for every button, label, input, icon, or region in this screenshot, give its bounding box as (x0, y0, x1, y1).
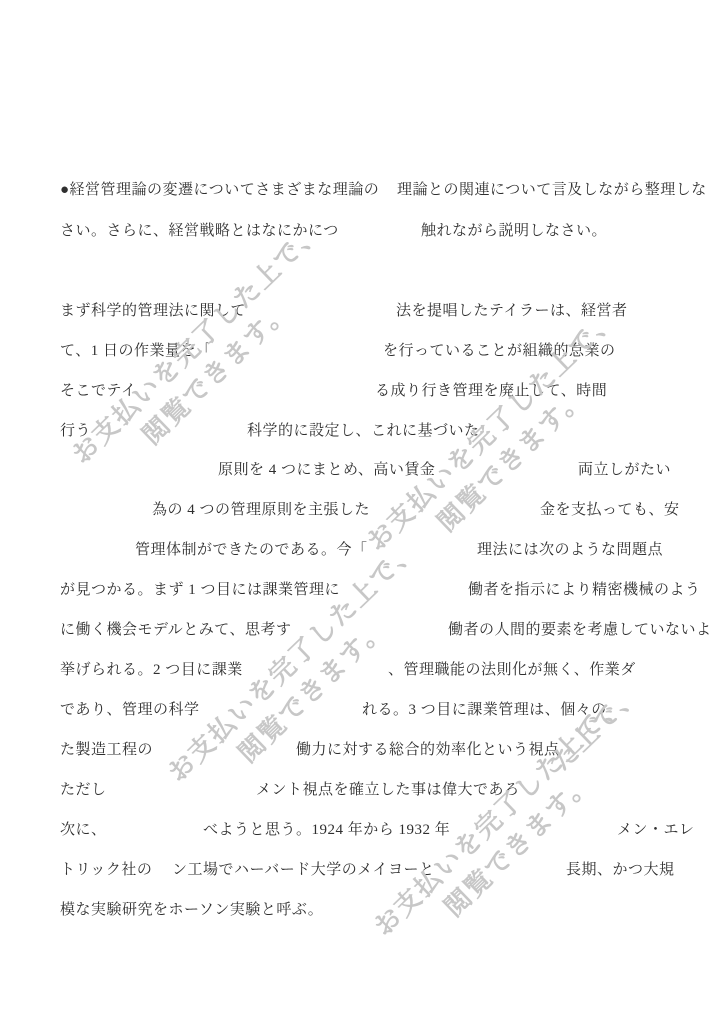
watermark-line2: 閲覧できます。 (430, 326, 650, 540)
watermark-stamp: お支払いを完了した上で、閲覧できます。 (360, 301, 650, 584)
watermark-stamp: お支払いを完了した上で、閲覧できます。 (161, 532, 451, 815)
watermark-line1: お支払いを完了した上で、 (367, 686, 633, 944)
watermark-line1: お支払いを完了した上で、 (360, 301, 626, 559)
watermark-layer: お支払いを完了した上で、閲覧できます。お支払いを完了した上で、閲覧できます。お支… (0, 0, 724, 1024)
watermark-line1: お支払いを完了した上で、 (161, 532, 427, 790)
document-page: ●経営管理論の変遷についてさまざまな理論の理論との関連について言及しながら整理し… (0, 0, 724, 1024)
watermark-line2: 閲覧できます。 (231, 557, 451, 771)
watermark-stamp: た上で、 (545, 677, 650, 780)
watermark-line2: 閲覧できます。 (437, 711, 657, 925)
watermark-stamp: お支払いを完了した上で、閲覧できます。 (65, 214, 355, 497)
watermark-stamp: お支払いを完了した上で、閲覧できます。 (367, 686, 657, 969)
watermark-partial-text: た上で、 (545, 677, 650, 780)
watermark-line2: 閲覧できます。 (135, 239, 355, 453)
watermark-line1: お支払いを完了した上で、 (65, 214, 331, 472)
